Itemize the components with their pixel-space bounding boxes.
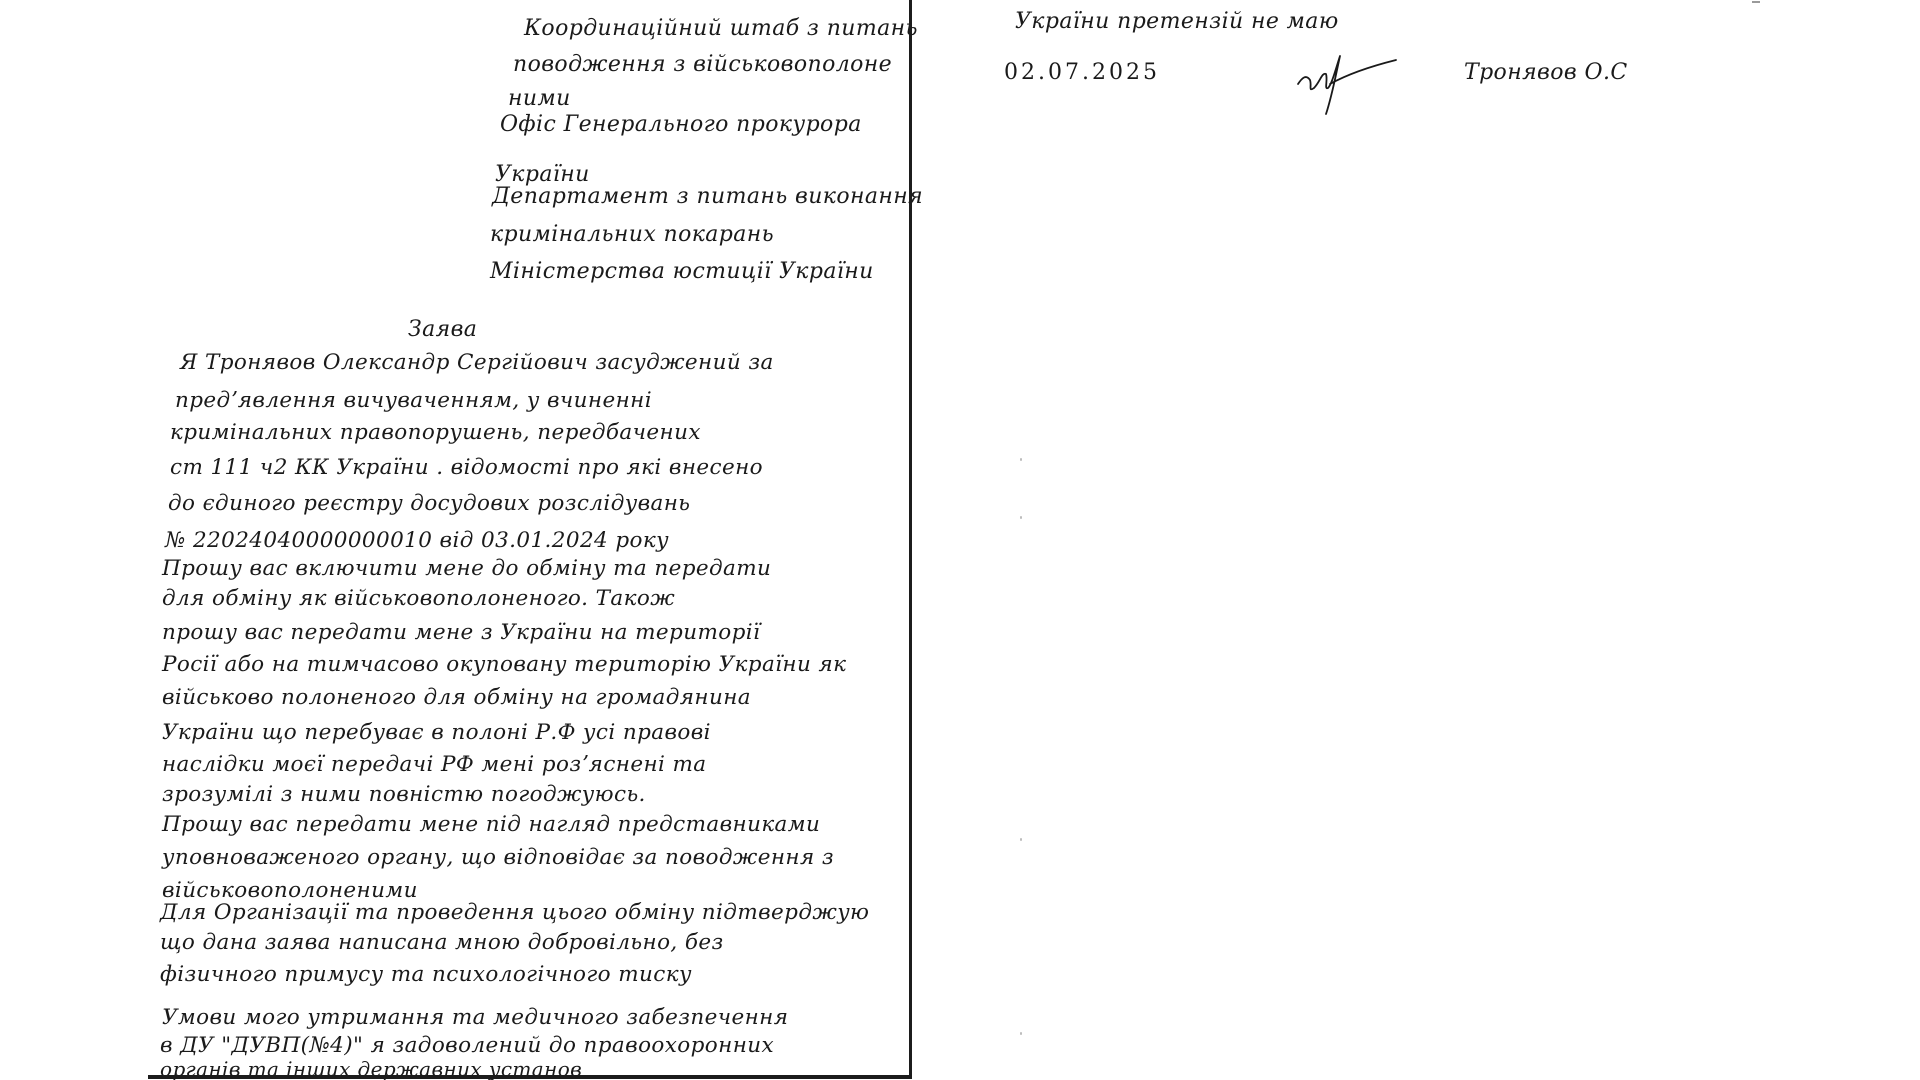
addressee-line-4: Офіс Генерального прокурора [500,112,862,137]
scan-artifact [1020,516,1022,519]
document-title: Заява [408,317,477,342]
left-page: Координаційний штаб з питань поводження … [0,0,920,1080]
body-line-2: предʼявлення вичуваченням, у вчиненні [175,388,652,413]
body-line-1: Я Тронявов Олександр Сергійович засуджен… [180,350,774,375]
closing-line: України претензій не маю [1015,9,1339,34]
body-line-13: наслідки моєї передачі РФ мені розʼяснен… [162,752,707,777]
body-line-5: до єдиного реєстру досудових розслідуван… [168,491,690,516]
addressee-line-3: ними [508,86,571,111]
addressee-line-7: кримінальних покарань [490,222,774,247]
body-line-21: Умови мого утримання та медичного забезп… [162,1005,788,1030]
body-line-8: для обміну як військовополоненого. Також [162,586,675,611]
body-line-6: № 22024040000000010 від 03.01.2024 року [165,528,669,553]
body-line-19: що дана заява написана мною добровільно,… [160,930,724,955]
scan-artifact [1752,1,1760,3]
body-line-16: уповноваженого органу, що відповідає за … [162,845,834,870]
signer-name: Тронявов О.С [1464,60,1628,85]
right-page: України претензій не маю 02.07.2025 Трон… [912,0,1920,1080]
body-line-22: в ДУ "ДУВП(№4)" я задоволений до правоох… [160,1033,774,1058]
body-line-12: України що перебуває в полоні Р.Ф усі пр… [162,720,711,745]
body-line-11: військово полоненого для обміну на грома… [162,685,751,710]
page-border-bottom [148,1075,912,1079]
body-line-3: кримінальних правопорушень, передбачених [170,420,701,445]
body-line-4: ст 111 ч2 КК України . відомості про які… [170,455,763,480]
scan-artifact [1020,838,1022,841]
body-line-15: Прошу вас передати мене під нагляд предс… [162,812,820,837]
scan-artifact [1020,458,1022,461]
body-line-18: Для Організації та проведення цього обмі… [160,900,869,925]
body-line-7: Прошу вас включити мене до обміну та пер… [162,556,771,581]
signature-icon [1292,44,1402,120]
addressee-line-8: Міністерства юстиції України [490,259,874,284]
scan-artifact [1020,1032,1022,1035]
addressee-line-2: поводження з військовополоне [513,52,892,77]
body-line-20: фізичного примусу та психологічного тиск… [160,962,692,987]
body-line-14: зрозумілі з ними повністю погоджуюсь. [162,782,646,807]
body-line-10: Росії або на тимчасово окуповану територ… [162,652,846,677]
addressee-line-1: Координаційний штаб з питань [524,16,918,41]
body-line-9: прошу вас передати мене з України на тер… [162,620,760,645]
addressee-line-6: Департамент з питань виконання [492,184,923,209]
date: 02.07.2025 [1004,60,1160,85]
